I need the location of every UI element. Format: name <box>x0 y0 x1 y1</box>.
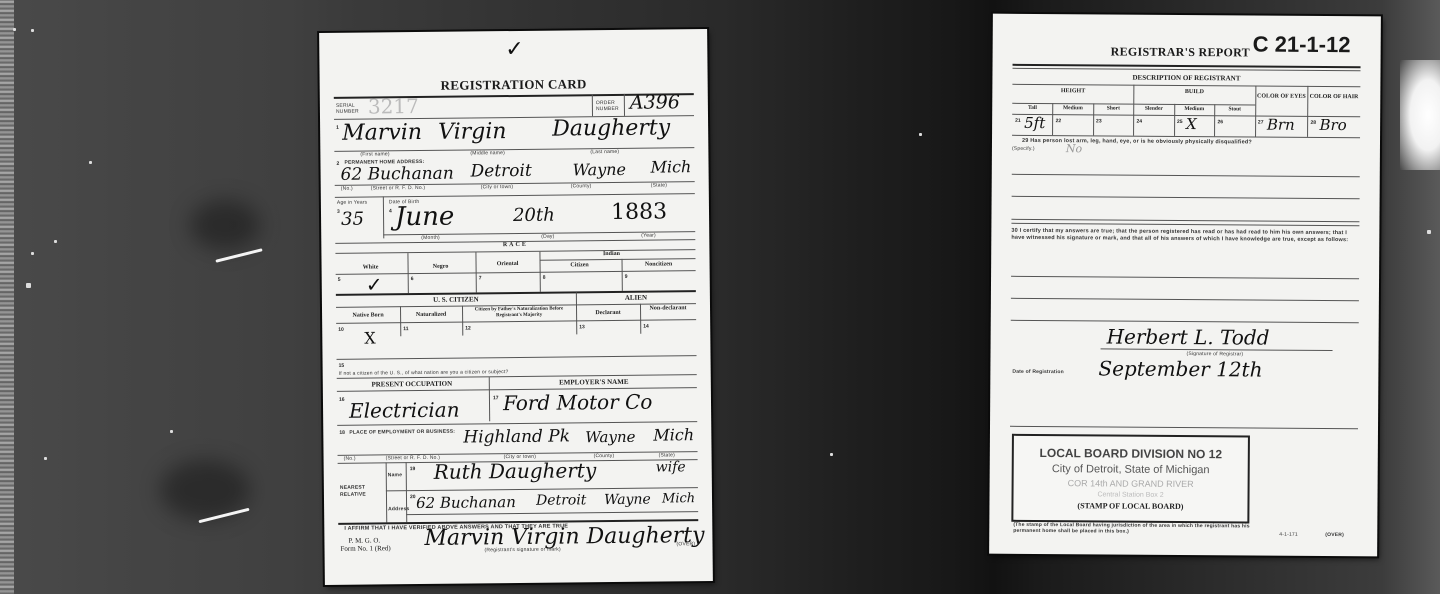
employment-county: Wayne <box>585 428 635 447</box>
field-number: 6 <box>411 276 414 282</box>
registrar-signature: Herbert L. Todd <box>1107 324 1270 349</box>
home-county: Wayne <box>572 160 626 180</box>
non-declarant-label: Non-declarant <box>640 305 696 313</box>
race-oriental-label: Oriental <box>476 261 540 268</box>
dob-day: 20th <box>513 205 555 226</box>
field-number: 9 <box>625 274 628 280</box>
field-number: 14 <box>643 324 649 330</box>
order-number-value: A396 <box>630 91 680 114</box>
native-born-label: Native Born <box>336 312 400 319</box>
film-speck <box>13 28 16 31</box>
group-label: COLOR OF HAIR <box>1308 94 1361 101</box>
rule <box>406 511 698 515</box>
sublabel: (State) <box>651 182 667 188</box>
sublabel: (Middle name) <box>470 150 505 156</box>
sublabel: (Street or R. F. D. No.) <box>386 455 441 462</box>
rule <box>383 196 384 238</box>
rule <box>1093 103 1094 135</box>
field-number: 26 <box>1217 119 1223 125</box>
signature-label: (Registrant's signature or mark) <box>485 547 561 554</box>
check-mark-icon: ✓ <box>505 37 524 62</box>
rule <box>1010 426 1358 429</box>
registrant-signature: Marvin Virgin Daugherty <box>424 523 704 551</box>
field-number: 19 <box>410 466 416 472</box>
description-value: 5ft <box>1024 114 1045 132</box>
description-value: Bro <box>1319 116 1346 134</box>
field-number: 16 <box>339 397 345 403</box>
place-of-employment-label: PLACE OF EMPLOYMENT OR BUSINESS: <box>349 429 455 436</box>
rule <box>1052 103 1053 135</box>
age-value: 35 <box>341 209 364 230</box>
employer-value: Ford Motor Co <box>503 390 653 416</box>
film-speck <box>31 29 34 32</box>
first-name: Marvin <box>342 120 422 146</box>
sublabel: (No.) <box>344 456 356 462</box>
naturalized-label: Naturalized <box>400 312 462 319</box>
sublabel: (County) <box>571 183 592 189</box>
rule <box>1013 68 1361 71</box>
description-value: X <box>1186 115 1197 133</box>
date-of-registration-value: September 12th <box>1098 356 1262 381</box>
relative-county: Wayne <box>604 492 651 508</box>
stamp-line-4: Central Station Box 2 <box>1014 491 1248 500</box>
over-label: (OVER) <box>676 541 695 547</box>
film-speck <box>170 430 173 433</box>
field-number: 17 <box>493 395 499 401</box>
over-label: (OVER) <box>1325 532 1344 538</box>
field-number: 13 <box>579 324 585 330</box>
relative-name-label: Name <box>388 472 402 478</box>
column-label: Tall <box>1012 105 1052 111</box>
sublabel: (First name) <box>360 151 389 157</box>
sublabel: (Street or R. F. D. No.) <box>371 185 426 192</box>
registration-card: ✓ REGISTRATION CARD SERIAL NUMBER 3217 O… <box>319 29 713 585</box>
dob-year: 1883 <box>611 199 667 225</box>
field-number: 29 <box>1022 138 1029 144</box>
film-speck <box>89 161 92 164</box>
description-value: Brn <box>1267 116 1295 134</box>
rule <box>1012 174 1360 177</box>
rule <box>1174 104 1175 136</box>
rule <box>1012 196 1360 199</box>
film-speck <box>26 283 31 288</box>
film-speck <box>830 453 833 456</box>
occupation-label: PRESENT OCCUPATION <box>337 379 487 389</box>
stamp-line-1: LOCAL BOARD DIVISION NO 12 <box>1014 446 1248 462</box>
field-number: 28 <box>1311 120 1317 126</box>
question-text: Has person lost arm, leg, hand, eye, or … <box>1030 138 1252 146</box>
last-name: Daugherty <box>552 115 670 141</box>
stamp-line-5: (STAMP OF LOCAL BOARD) <box>1013 501 1247 512</box>
field-number: 24 <box>1137 119 1143 125</box>
rule <box>539 252 540 292</box>
field-number: 1 <box>336 125 339 131</box>
rule <box>386 487 698 491</box>
registrar-report-card: REGISTRAR'S REPORT C 21-1-12 DESCRIPTION… <box>989 14 1381 557</box>
relative-address-label: Address <box>388 506 409 512</box>
film-speck <box>54 240 57 243</box>
field-number: 8 <box>543 275 546 281</box>
film-speck <box>1427 230 1431 234</box>
rule <box>592 94 593 116</box>
race-indian-citizen-label: Citizen <box>540 262 620 269</box>
relative-relation: wife <box>656 459 686 475</box>
film-stain <box>190 200 260 250</box>
field-number: 25 <box>1177 119 1183 125</box>
middle-name: Virgin <box>438 119 507 145</box>
group-label: COLOR OF EYES <box>1255 93 1308 100</box>
sublabel: (Last name) <box>590 149 619 155</box>
declarant-label: Declarant <box>576 310 640 317</box>
question-text: I certify that my answers are true; that… <box>1011 228 1348 243</box>
field-number: 21 <box>1015 118 1021 124</box>
field-number: 5 <box>338 277 341 283</box>
sublabel: (City or town) <box>481 184 514 190</box>
question-30-text: 30 I certify that my answers are true; t… <box>1011 228 1361 244</box>
native-born-mark: X <box>364 328 376 347</box>
rule <box>407 253 408 293</box>
rule <box>336 319 696 324</box>
serial-number-value: 3217 <box>368 94 419 119</box>
column-label: Medium <box>1053 105 1093 111</box>
rule <box>1011 298 1359 301</box>
sublabel: (Day) <box>541 234 554 240</box>
relative-city: Detroit <box>536 492 587 509</box>
sublabel: (Month) <box>421 235 440 241</box>
field-number: 2 <box>336 161 339 167</box>
field-number: 11 <box>403 326 408 332</box>
rule <box>624 94 625 116</box>
local-board-stamp: LOCAL BOARD DIVISION NO 12 City of Detro… <box>1011 434 1250 524</box>
report-title: REGISTRAR'S REPORT <box>1111 44 1250 60</box>
field-number: 23 <box>1096 118 1102 124</box>
citizen-by-father-label: Citizen by Father's Naturalization Befor… <box>462 306 576 319</box>
rule <box>475 252 476 292</box>
rule <box>540 258 696 261</box>
us-citizen-heading: U. S. CITIZEN <box>336 294 576 305</box>
field-number: 22 <box>1056 118 1062 124</box>
occupation-value: Electrician <box>349 398 460 423</box>
relative-state: Mich <box>662 491 695 506</box>
sublabel: (County) <box>594 453 615 459</box>
field-number: 3 <box>337 209 340 215</box>
rule <box>1011 223 1359 226</box>
rule <box>1011 276 1359 279</box>
race-indian-noncitizen-label: Noncitizen <box>622 261 696 268</box>
serial-number-label: SERIAL NUMBER <box>336 103 364 115</box>
home-state: Mich <box>650 157 691 176</box>
field-number: 18 <box>339 430 345 436</box>
rule <box>1214 104 1215 136</box>
employment-state: Mich <box>653 425 694 444</box>
home-street: 62 Buchanan <box>341 164 454 185</box>
employment-city: Highland Pk <box>463 426 570 447</box>
rule <box>337 355 697 360</box>
film-speck <box>31 252 34 255</box>
employer-label: EMPLOYER'S NAME <box>489 377 699 387</box>
form-number: Form No. 1 (Red) <box>340 544 390 553</box>
column-label: Short <box>1093 105 1133 111</box>
form-code: 4-1-171 <box>1279 532 1298 538</box>
stamp-footnote: (The stamp of the Local Board having jur… <box>1013 522 1253 536</box>
film-speck <box>44 457 47 460</box>
stamp-line-3: COR 14th AND GRAND RIVER <box>1014 478 1248 490</box>
home-city: Detroit <box>470 161 531 182</box>
relative-address: 62 Buchanan <box>416 493 516 512</box>
field-number: 12 <box>465 325 471 331</box>
indian-label: Indian <box>551 250 671 257</box>
sublabel: (State) <box>659 452 675 458</box>
race-white-label: White <box>336 264 406 271</box>
film-perforation-edge <box>0 0 14 594</box>
rule <box>1307 86 1308 137</box>
stamp-line-2: City of Detroit, State of Michigan <box>1014 463 1248 477</box>
sublabel: (No.) <box>341 186 353 192</box>
nearest-relative-label: NEAREST RELATIVE <box>340 484 380 498</box>
group-label: BUILD <box>1134 89 1255 97</box>
film-speck <box>919 133 922 136</box>
field-number: 20 <box>410 494 416 500</box>
race-negro-label: Negro <box>408 263 474 270</box>
report-reference: C 21-1-12 <box>1253 31 1351 58</box>
alien-heading: ALIEN <box>576 293 696 302</box>
specify-label: (Specify.) <box>1012 146 1035 152</box>
order-number-label: ORDER NUMBER <box>596 100 622 112</box>
field-number: 30 <box>1011 228 1018 234</box>
column-label: Stout <box>1215 106 1255 112</box>
age-label: Age in Years <box>337 200 368 206</box>
field-number: 15 <box>339 363 345 369</box>
rule <box>336 270 696 275</box>
relative-name: Ruth Daugherty <box>434 458 597 484</box>
field-number: 4 <box>389 208 392 214</box>
rule <box>1255 85 1256 136</box>
field-number: 7 <box>479 275 482 281</box>
column-label: Slender <box>1134 106 1174 112</box>
field-number: 27 <box>1258 120 1264 126</box>
description-heading: DESCRIPTION OF REGISTRANT <box>992 73 1380 84</box>
film-glare <box>1400 60 1440 170</box>
rule <box>335 193 695 198</box>
dob-month: June <box>395 202 455 233</box>
group-label: HEIGHT <box>1012 88 1133 96</box>
rule <box>1011 320 1359 323</box>
column-label: Medium <box>1174 106 1214 112</box>
field-number: 10 <box>338 327 344 333</box>
date-of-registration-label: Date of Registration <box>1012 369 1064 375</box>
sublabel: (Year) <box>641 233 656 239</box>
question-29-answer: No <box>1066 142 1082 155</box>
rule <box>1011 219 1359 222</box>
